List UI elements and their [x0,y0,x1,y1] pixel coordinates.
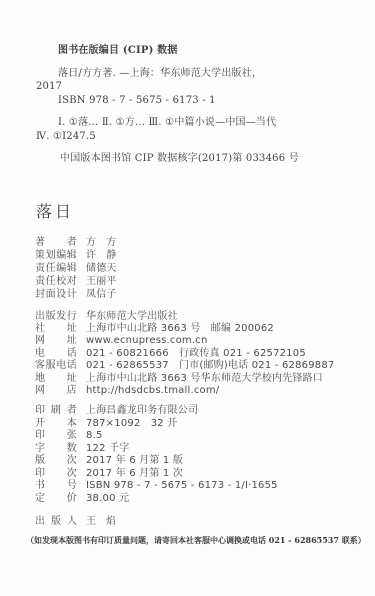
pub-value: 021 - 60821666 行政传真 021 - 62572105 [86,348,365,360]
publishing-info-list: 出版发行 华东师范大学出版社 社址 上海市中山北路 3663 号 邮编 2000… [0,311,375,398]
credit-value: 王丽平 [86,275,365,288]
print-row-word-count: 字数 122 千字 [35,443,365,456]
publisher-person-row: 出版人 王 焰 [0,515,375,528]
print-value: 8.5 [86,430,365,443]
print-label: 字数 [35,443,77,456]
print-label: 书号 [35,480,77,493]
pub-label: 社址 [35,323,77,335]
credit-row-responsible-editor: 责任编辑 储德天 [35,262,365,275]
print-row-book-number: 书号 ISBN 978 - 7 - 5675 - 6173 - 1/I·1655 [35,480,365,493]
credit-value: 储德天 [86,262,365,275]
print-value: 2017 年 6 月第 1 次 [86,468,365,481]
pub-row-publisher: 出版发行 华东师范大学出版社 [35,311,365,323]
credit-row-planning-editor: 策划编辑 许 静 [35,249,365,262]
print-value: 上海昌鑫龙印务有限公司 [86,405,365,418]
print-label: 开本 [35,418,77,431]
print-label: 印刷者 [35,405,77,418]
pub-value: 华东师范大学出版社 [86,311,365,323]
pub-value: www.ecnupress.com.cn [86,335,365,347]
print-value: 38.00 元 [86,493,365,506]
cip-block: 图书在版编目 (CIP) 数据 落日/方方著. —上海：华东师范大学出版社， 2… [0,0,375,166]
pub-label: 网址 [35,335,77,347]
print-row-price: 定价 38.00 元 [35,493,365,506]
cip-header: 图书在版编目 (CIP) 数据 [36,44,361,58]
pub-label: 电话 [35,348,77,360]
print-label: 印张 [35,430,77,443]
credit-label: 责任编辑 [35,262,77,275]
credit-row-cover-designer: 封面设计 凤信子 [35,288,365,301]
print-label: 定价 [35,493,77,506]
print-row-printer: 印刷者 上海昌鑫龙印务有限公司 [35,405,365,418]
credit-value: 凤信子 [86,288,365,301]
printing-info-list: 印刷者 上海昌鑫龙印务有限公司 开本 787×1092 32 开 印张 8.5 … [0,405,375,505]
cip-line-class-number: Ⅳ. ①I247.5 [36,130,361,144]
pub-row-address: 社址 上海市中山北路 3663 号 邮编 200062 [35,323,365,335]
print-value: 122 千字 [86,443,365,456]
credit-label: 封面设计 [35,288,77,301]
cip-line-registry: 中国版本图书馆 CIP 数据核字(2017)第 033466 号 [36,152,361,166]
book-copyright-page: 图书在版编目 (CIP) 数据 落日/方方著. —上海：华东师范大学出版社， 2… [0,0,375,596]
publisher-person-label: 出版人 [35,515,77,528]
print-row-impression: 印次 2017 年 6 月第 1 次 [35,468,365,481]
pub-value: 021 - 62865537 门市(邮购)电话 021 - 62869887 [86,360,365,372]
print-label: 版次 [35,455,77,468]
pub-row-online-store: 网店 http://hdsdcbs.tmall.com/ [35,385,365,397]
quality-note: （如发现本版图书有印订质量问题，请寄回本社客服中心调换或电话 021 - 628… [0,535,375,546]
cip-line-year: 2017 [36,80,361,94]
pub-row-service-phone: 客服电话 021 - 62865537 门市(邮购)电话 021 - 62869… [35,360,365,372]
pub-row-phone: 电话 021 - 60821666 行政传真 021 - 62572105 [35,348,365,360]
credit-label: 著 者 [35,236,77,249]
print-row-sheets: 印张 8.5 [35,430,365,443]
print-row-format: 开本 787×1092 32 开 [35,418,365,431]
cip-line-title: 落日/方方著. —上海：华东师范大学出版社， [36,67,361,81]
print-value: 2017 年 6 月第 1 版 [86,455,365,468]
credit-row-author: 著 者 方 方 [35,236,365,249]
pub-row-location: 地址 上海市中山北路 3663 号华东师范大学校内先锋路口 [35,373,365,385]
pub-row-website: 网址 www.ecnupress.com.cn [35,335,365,347]
credit-row-proofreader: 责任校对 王丽平 [35,275,365,288]
book-title: 落日 [0,202,375,222]
cip-line-isbn: ISBN 978 - 7 - 5675 - 6173 - 1 [36,94,361,108]
pub-label: 客服电话 [35,360,77,372]
pub-value: 上海市中山北路 3663 号 邮编 200062 [86,323,365,335]
credit-label: 策划编辑 [35,249,77,262]
pub-value: 上海市中山北路 3663 号华东师范大学校内先锋路口 [86,373,365,385]
cip-line-classification: Ⅰ. ①落… Ⅱ. ①方… Ⅲ. ①中篇小说—中国—当代 [36,116,361,130]
credit-label: 责任校对 [35,275,77,288]
pub-label: 出版发行 [35,311,77,323]
credit-value: 方 方 [86,236,365,249]
print-value: 787×1092 32 开 [86,418,365,431]
print-value: ISBN 978 - 7 - 5675 - 6173 - 1/I·1655 [86,480,365,493]
pub-label: 地址 [35,373,77,385]
pub-label: 网店 [35,385,77,397]
print-label: 印次 [35,468,77,481]
print-row-edition: 版次 2017 年 6 月第 1 版 [35,455,365,468]
credit-value: 许 静 [86,249,365,262]
publisher-person-value: 王 焰 [86,515,365,528]
pub-value: http://hdsdcbs.tmall.com/ [86,385,365,397]
credits-list: 著 者 方 方 策划编辑 许 静 责任编辑 储德天 责任校对 王丽平 封面设计 … [0,236,375,302]
